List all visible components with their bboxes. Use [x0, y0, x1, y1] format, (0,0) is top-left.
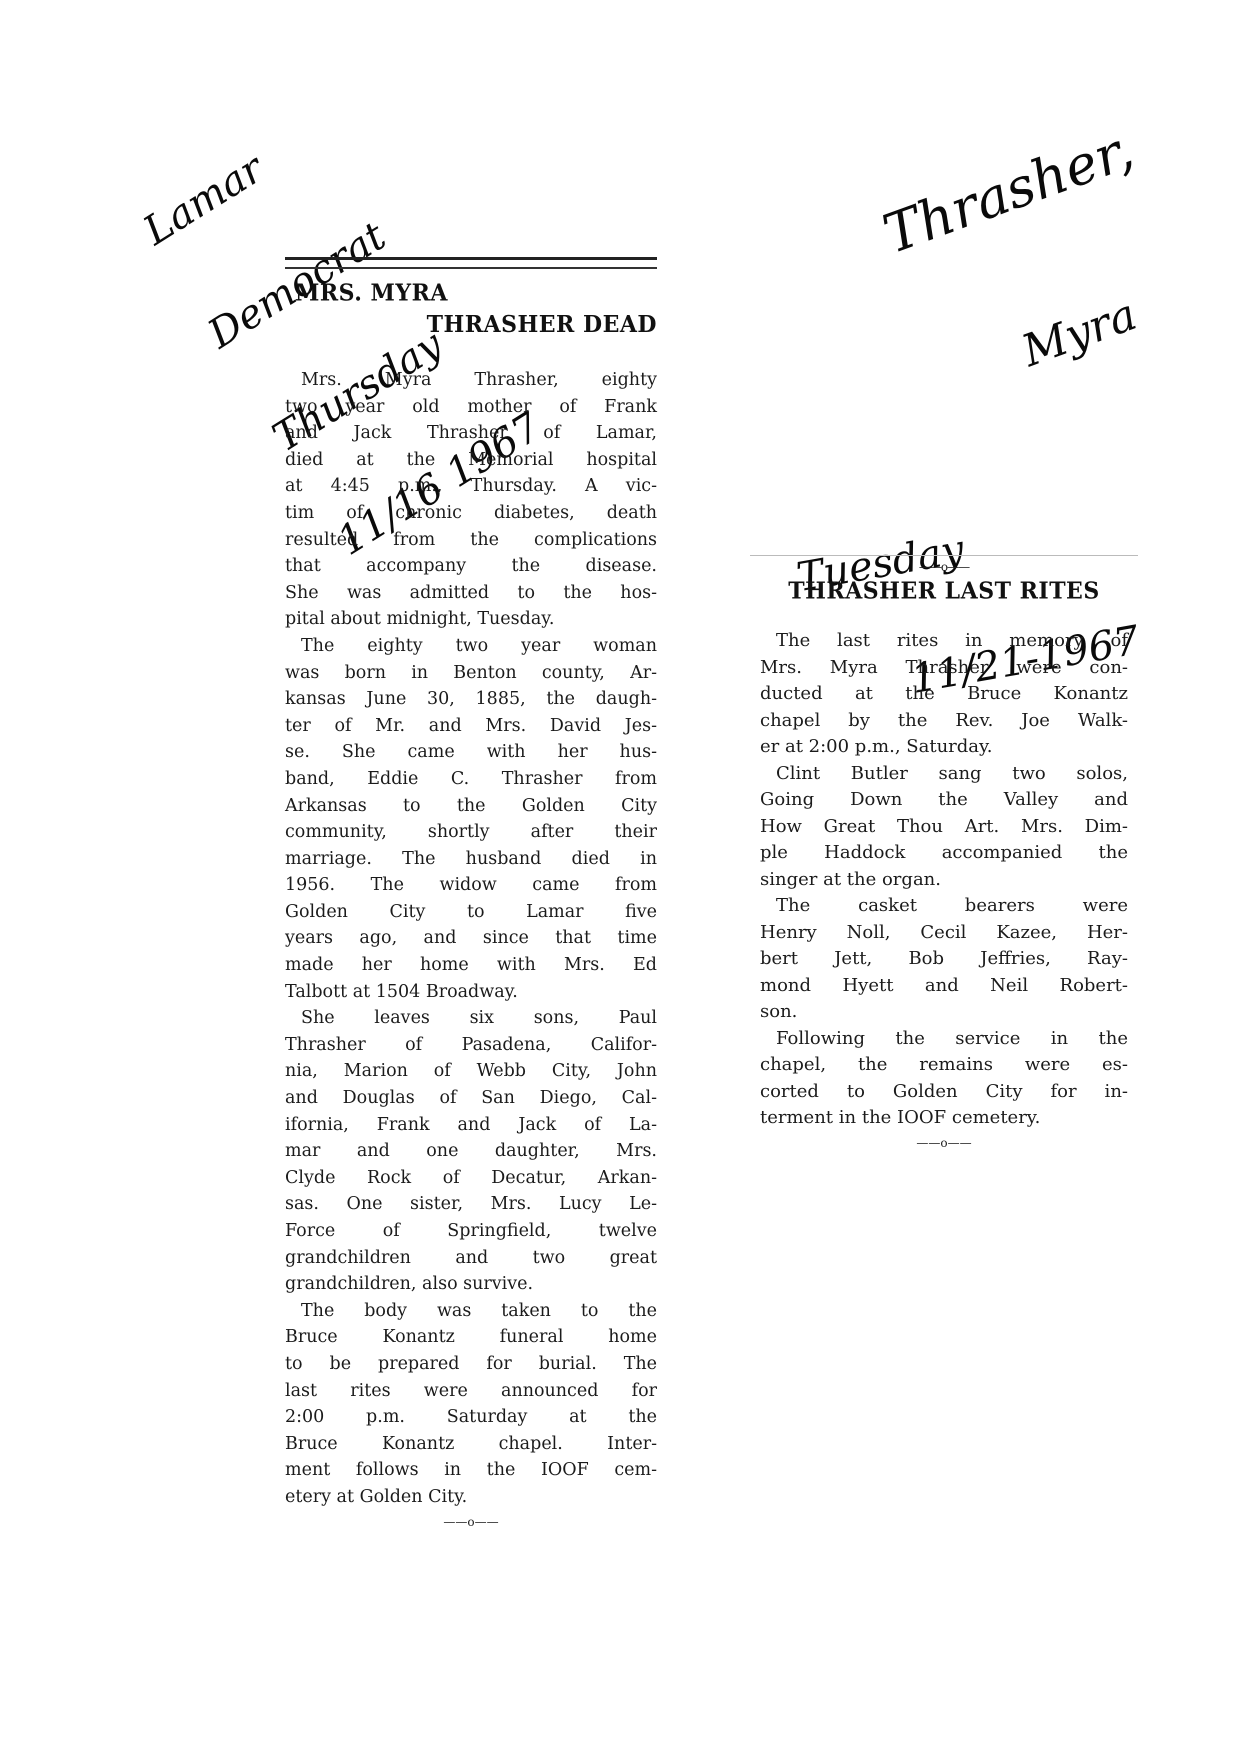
text-line: mar and one daughter, Mrs. — [285, 1138, 657, 1165]
text-line: How Great Thou Art. Mrs. Dim- — [760, 814, 1128, 841]
text-line: Golden City to Lamar five — [285, 899, 657, 926]
text-line: She was admitted to the hos- — [285, 580, 657, 607]
text-line: two year old mother of Frank — [285, 394, 657, 421]
text-line: years ago, and since that time — [285, 925, 657, 952]
text-line: son. — [760, 999, 1128, 1026]
text-line: Clint Butler sang two solos, — [760, 761, 1128, 788]
text-line: Bruce Konantz chapel. Inter- — [285, 1431, 657, 1458]
text-line: The eighty two year woman — [285, 633, 657, 660]
text-line: mond Hyett and Neil Robert- — [760, 973, 1128, 1000]
text-line: pital about midnight, Tuesday. — [285, 606, 657, 633]
note-line: Lamar — [137, 96, 353, 252]
text-line: at 4:45 p.m., Thursday. A vic- — [285, 473, 657, 500]
text-line: 2:00 p.m. Saturday at the — [285, 1404, 657, 1431]
text-line: kansas June 30, 1885, the daugh- — [285, 686, 657, 713]
text-line: and Jack Thrasher of Lamar, — [285, 420, 657, 447]
obituary-body: Mrs. Myra Thrasher, eightytwo year old m… — [285, 367, 657, 1511]
text-line: Bruce Konantz funeral home — [285, 1324, 657, 1351]
text-line: grandchildren and two great — [285, 1245, 657, 1272]
note-line: Thrasher, — [877, 122, 1140, 262]
text-line: Henry Noll, Cecil Kazee, Her- — [760, 920, 1128, 947]
obituary-headline: MRS. MYRA THRASHER DEAD — [285, 278, 657, 341]
text-line: Following the service in the — [760, 1026, 1128, 1053]
text-line: singer at the organ. — [760, 867, 1128, 894]
text-line: died at the Memorial hospital — [285, 447, 657, 474]
last-rites-headline: THRASHER LAST RITES — [760, 575, 1128, 607]
end-ornament: ——o—— — [760, 1136, 1128, 1150]
text-line: er at 2:00 p.m., Saturday. — [760, 734, 1128, 761]
text-line: The casket bearers were — [760, 893, 1128, 920]
text-line: She leaves six sons, Paul — [285, 1005, 657, 1032]
text-line: ducted at the Bruce Konantz — [760, 681, 1128, 708]
text-line: sas. One sister, Mrs. Lucy Le- — [285, 1191, 657, 1218]
text-line: marriage. The husband died in — [285, 846, 657, 873]
text-line: se. She came with her hus- — [285, 739, 657, 766]
text-line: nia, Marion of Webb City, John — [285, 1058, 657, 1085]
text-line: tim of chronic diabetes, death — [285, 500, 657, 527]
text-line: Mrs. Myra Thrasher were con- — [760, 655, 1128, 682]
text-line: bert Jett, Bob Jeffries, Ray- — [760, 946, 1128, 973]
text-line: ifornia, Frank and Jack of La- — [285, 1112, 657, 1139]
headline-line: MRS. MYRA — [285, 278, 657, 310]
text-line: ter of Mr. and Mrs. David Jes- — [285, 713, 657, 740]
text-line: was born in Benton county, Ar- — [285, 660, 657, 687]
text-line: 1956. The widow came from — [285, 872, 657, 899]
text-line: Thrasher of Pasadena, Califor- — [285, 1032, 657, 1059]
text-line: Arkansas to the Golden City — [285, 793, 657, 820]
text-line: band, Eddie C. Thrasher from — [285, 766, 657, 793]
header-double-rule — [285, 257, 657, 269]
text-line: Going Down the Valley and — [760, 787, 1128, 814]
text-line: community, shortly after their — [285, 819, 657, 846]
text-line: to be prepared for burial. The — [285, 1351, 657, 1378]
text-line: etery at Golden City. — [285, 1484, 657, 1511]
text-line: that accompany the disease. — [285, 553, 657, 580]
text-line: and Douglas of San Diego, Cal- — [285, 1085, 657, 1112]
last-rites-clipping: ——o—— THRASHER LAST RITES The last rites… — [760, 555, 1128, 1150]
text-line: resulted from the complications — [285, 527, 657, 554]
text-line: Clyde Rock of Decatur, Arkan- — [285, 1165, 657, 1192]
text-line: terment in the IOOF cemetery. — [760, 1105, 1128, 1132]
text-line: ment follows in the IOOF cem- — [285, 1457, 657, 1484]
text-line: The last rites in memory of — [760, 628, 1128, 655]
text-line: ple Haddock accompanied the — [760, 840, 1128, 867]
text-line: last rites were announced for — [285, 1378, 657, 1405]
end-ornament: ——o—— — [285, 1515, 657, 1529]
text-line: Talbott at 1504 Broadway. — [285, 979, 657, 1006]
obituary-clipping: MRS. MYRA THRASHER DEAD Mrs. Myra Thrash… — [285, 257, 657, 1529]
last-rites-body: The last rites in memory ofMrs. Myra Thr… — [760, 628, 1128, 1132]
handwritten-name-note: Thrasher, Myra — [840, 21, 1210, 456]
text-line: Mrs. Myra Thrasher, eighty — [285, 367, 657, 394]
text-line: corted to Golden City for in- — [760, 1079, 1128, 1106]
note-line: Myra — [1017, 275, 1192, 375]
text-line: chapel by the Rev. Joe Walk- — [760, 708, 1128, 735]
text-line: The body was taken to the — [285, 1298, 657, 1325]
text-line: made her home with Mrs. Ed — [285, 952, 657, 979]
headline-line: THRASHER DEAD — [285, 309, 657, 341]
top-ornament: ——o—— — [760, 560, 1128, 574]
text-line: Force of Springfield, twelve — [285, 1218, 657, 1245]
clipping-edge-rule — [750, 555, 1138, 556]
text-line: chapel, the remains were es- — [760, 1052, 1128, 1079]
text-line: grandchildren, also survive. — [285, 1271, 657, 1298]
